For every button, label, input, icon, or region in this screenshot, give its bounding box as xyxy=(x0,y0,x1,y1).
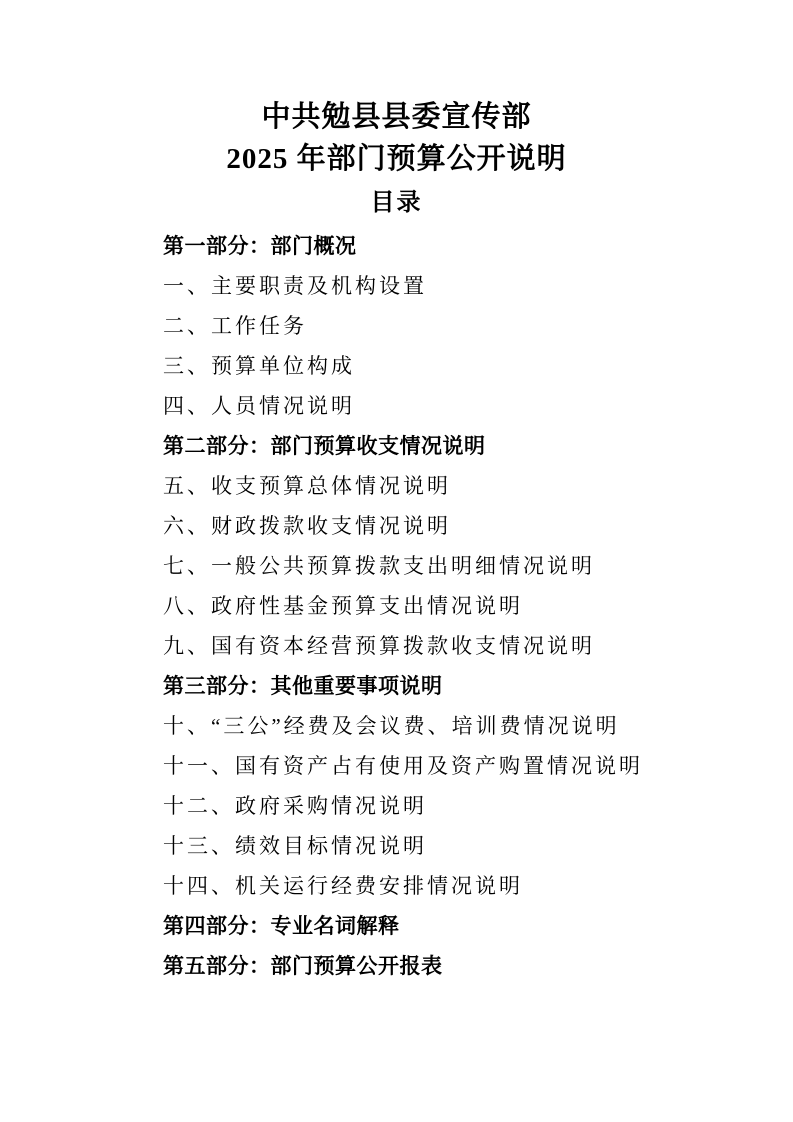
toc-item-3: 三、预算单位构成 xyxy=(163,345,693,385)
toc-item-9: 九、国有资本经营预算拨款收支情况说明 xyxy=(163,625,693,665)
toc-part-4: 第四部分：专业名词解释 xyxy=(163,905,693,945)
document-title-line2: 2025 年部门预算公开说明 xyxy=(0,138,793,180)
toc-part-2: 第二部分：部门预算收支情况说明 xyxy=(163,425,693,465)
toc-heading: 目录 xyxy=(0,183,793,223)
toc-part-3: 第三部分：其他重要事项说明 xyxy=(163,665,693,705)
toc-item-5: 五、收支预算总体情况说明 xyxy=(163,465,693,505)
toc-item-2: 二、工作任务 xyxy=(163,305,693,345)
document-page: 中共勉县县委宣传部 2025 年部门预算公开说明 目录 第一部分：部门概况 一、… xyxy=(0,0,793,1122)
toc-item-11: 十一、国有资产占有使用及资产购置情况说明 xyxy=(163,745,693,785)
toc-item-10: 十、“三公”经费及会议费、培训费情况说明 xyxy=(163,705,693,745)
toc-item-1: 一、主要职责及机构设置 xyxy=(163,265,693,305)
toc-item-13: 十三、绩效目标情况说明 xyxy=(163,825,693,865)
toc-item-8: 八、政府性基金预算支出情况说明 xyxy=(163,585,693,625)
toc-part-1: 第一部分：部门概况 xyxy=(163,225,693,265)
toc-item-6: 六、财政拨款收支情况说明 xyxy=(163,505,693,545)
toc-item-4: 四、人员情况说明 xyxy=(163,385,693,425)
document-title-line1: 中共勉县县委宣传部 xyxy=(0,96,793,138)
document-header: 中共勉县县委宣传部 2025 年部门预算公开说明 目录 xyxy=(0,96,793,223)
toc-item-7: 七、一般公共预算拨款支出明细情况说明 xyxy=(163,545,693,585)
toc-item-12: 十二、政府采购情况说明 xyxy=(163,785,693,825)
toc-item-14: 十四、机关运行经费安排情况说明 xyxy=(163,865,693,905)
toc-part-5: 第五部分：部门预算公开报表 xyxy=(163,945,693,985)
table-of-contents: 第一部分：部门概况 一、主要职责及机构设置 二、工作任务 三、预算单位构成 四、… xyxy=(163,225,693,985)
